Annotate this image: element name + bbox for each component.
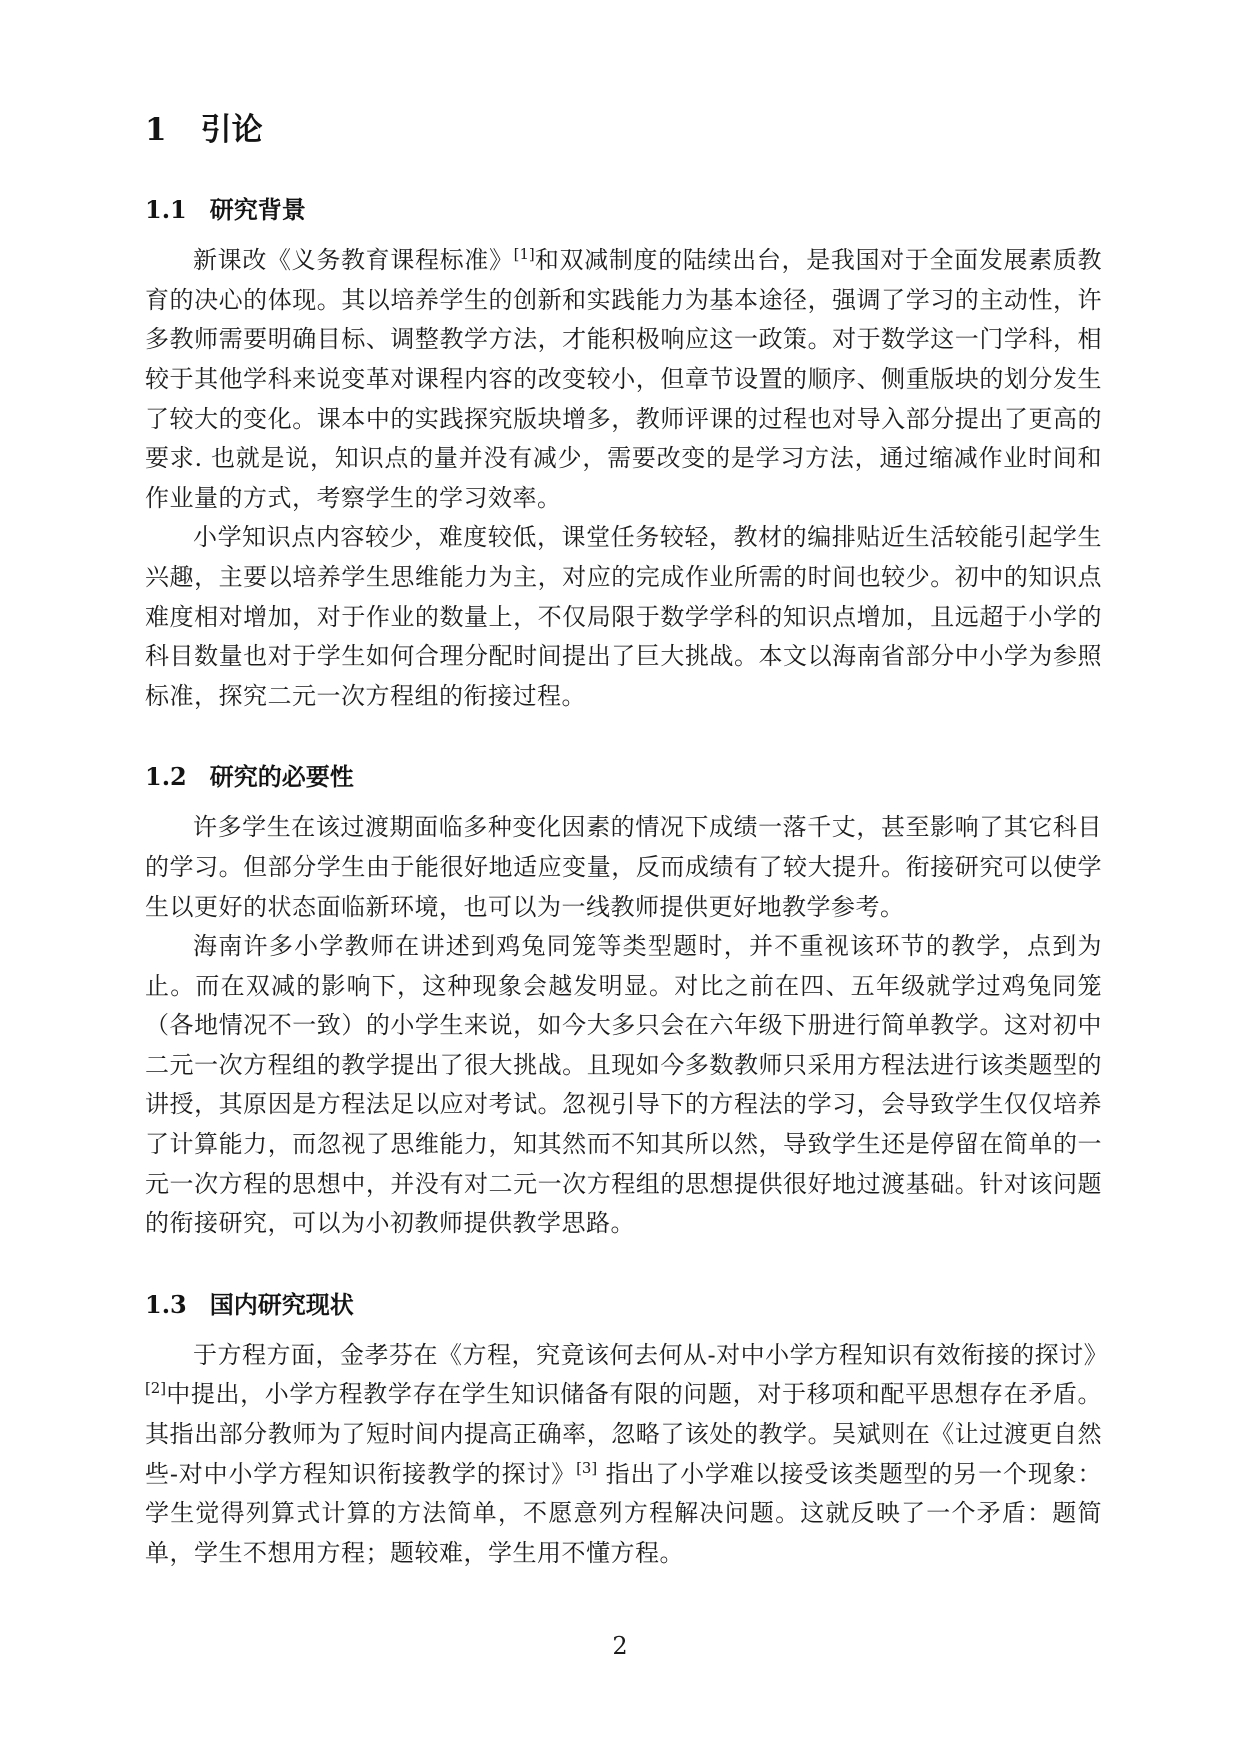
page-number: 2 xyxy=(0,1632,1240,1660)
text-run: 小学知识点内容较少，难度较低，课堂任务较轻，教材的编排贴近生活较能引起学生兴趣，… xyxy=(145,523,1102,709)
paragraph-1-1-a: 新课改《义务教育课程标准》[1]和双减制度的陆续出台，是我国对于全面发展素质教育… xyxy=(145,241,1102,518)
page-content: 1引论 1.1研究背景 新课改《义务教育课程标准》[1]和双减制度的陆续出台，是… xyxy=(0,0,1240,1573)
section-heading-1-3: 1.3国内研究现状 xyxy=(145,1290,1102,1320)
section-title: 研究的必要性 xyxy=(210,763,354,791)
citation-ref-2: [2] xyxy=(145,1379,166,1397)
text-run: 海南许多小学教师在讲述到鸡兔同笼等类型题时，并不重视该环节的教学，点到为止。而在… xyxy=(145,932,1102,1237)
paragraph-1-1-b: 小学知识点内容较少，难度较低，课堂任务较轻，教材的编排贴近生活较能引起学生兴趣，… xyxy=(145,518,1102,716)
section-title: 国内研究现状 xyxy=(210,1291,354,1319)
paragraph-1-2-a: 许多学生在该过渡期面临多种变化因素的情况下成绩一落千丈，甚至影响了其它科目的学习… xyxy=(145,808,1102,927)
text-run: 新课改《义务教育课程标准》 xyxy=(193,246,514,274)
section-heading-1-1: 1.1研究背景 xyxy=(145,195,1102,225)
chapter-number: 1 xyxy=(145,112,167,148)
section-number: 1.3 xyxy=(145,1290,187,1319)
chapter-title: 引论 xyxy=(201,112,263,148)
chapter-heading: 1引论 xyxy=(145,112,1102,149)
section-number: 1.1 xyxy=(145,195,187,224)
text-run: 于方程方面，金孝芬在《方程，究竟该何去何从-对中小学方程知识有效衔接的探讨》 xyxy=(193,1341,1108,1369)
text-run: 和双减制度的陆续出台，是我国对于全面发展素质教育的决心的体现。其以培养学生的创新… xyxy=(145,246,1102,512)
citation-ref-1: [1] xyxy=(514,245,535,263)
paragraph-1-3-a: 于方程方面，金孝芬在《方程，究竟该何去何从-对中小学方程知识有效衔接的探讨》[2… xyxy=(145,1336,1102,1574)
citation-ref-3: [3] xyxy=(576,1459,597,1477)
paragraph-1-2-b: 海南许多小学教师在讲述到鸡兔同笼等类型题时，并不重视该环节的教学，点到为止。而在… xyxy=(145,927,1102,1244)
text-run: 许多学生在该过渡期面临多种变化因素的情况下成绩一落千丈，甚至影响了其它科目的学习… xyxy=(145,813,1102,920)
section-number: 1.2 xyxy=(145,762,187,791)
section-heading-1-2: 1.2研究的必要性 xyxy=(145,762,1102,792)
document-page: 1引论 1.1研究背景 新课改《义务教育课程标准》[1]和双减制度的陆续出台，是… xyxy=(0,0,1240,1754)
section-title: 研究背景 xyxy=(210,196,306,224)
